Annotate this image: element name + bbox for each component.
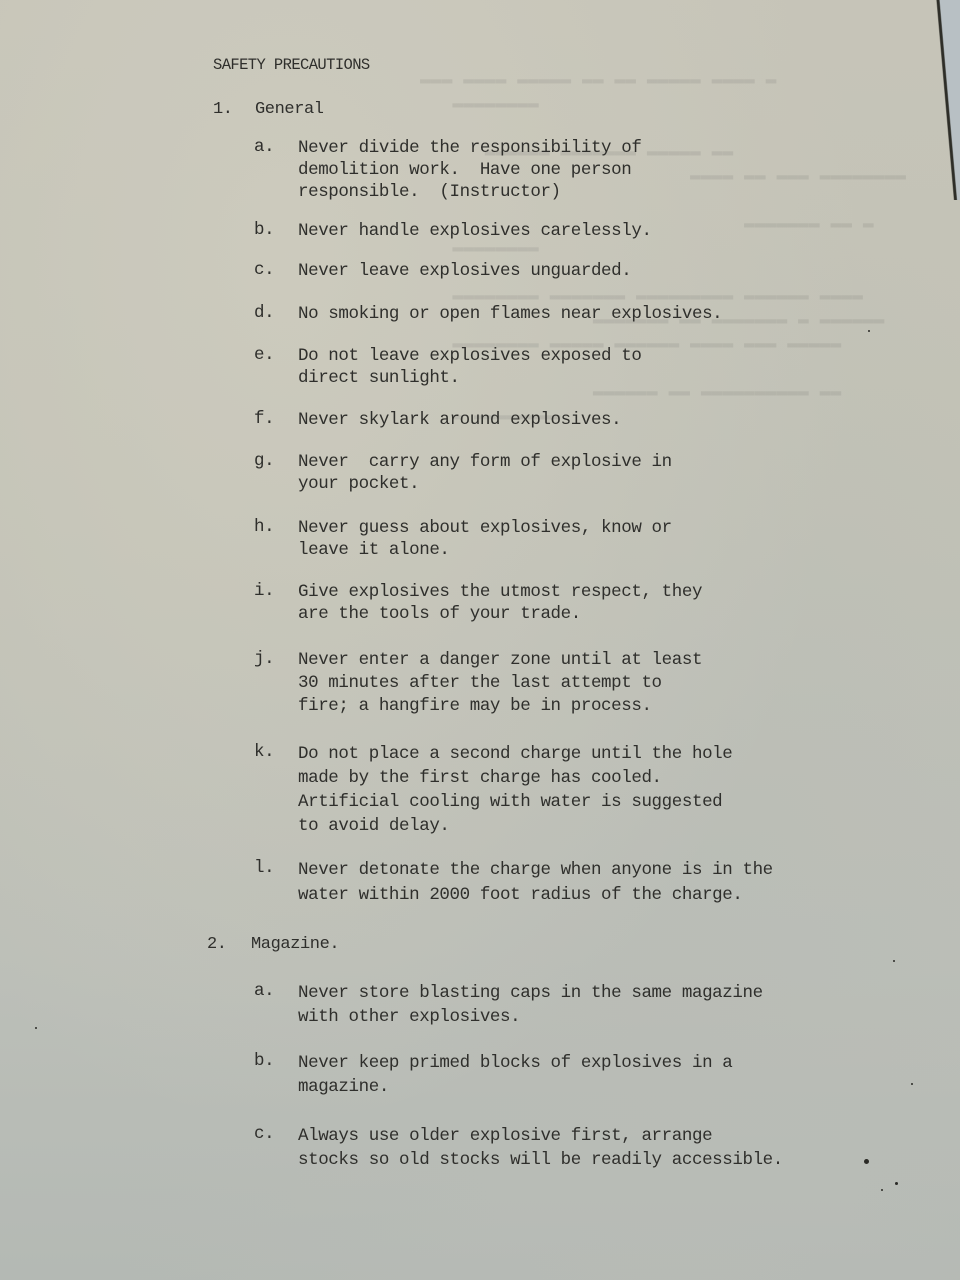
item-text: Never guess about explosives, know or le… bbox=[298, 517, 672, 561]
item-text: Do not leave explosives exposed to direc… bbox=[298, 345, 641, 389]
section-title-general: General bbox=[255, 100, 324, 119]
item-text: Never handle explosives carelessly. bbox=[298, 220, 652, 242]
item-letter: a. bbox=[254, 981, 274, 1001]
paper-speck bbox=[868, 330, 870, 332]
section-number: 1. bbox=[213, 100, 233, 119]
section-number: 2. bbox=[207, 935, 227, 954]
item-text: Never keep primed blocks of explosives i… bbox=[298, 1051, 732, 1099]
item-letter: g. bbox=[254, 451, 274, 471]
paper-speck bbox=[35, 1027, 37, 1029]
document-title: SAFETY PRECAUTIONS bbox=[213, 56, 370, 74]
item-letter: h. bbox=[254, 517, 274, 537]
item-text: Never leave explosives unguarded. bbox=[298, 260, 631, 282]
item-letter: b. bbox=[254, 1051, 274, 1071]
item-letter: e. bbox=[254, 345, 274, 365]
paper-speck bbox=[893, 960, 895, 962]
item-letter: c. bbox=[254, 260, 274, 280]
section-title-magazine: Magazine. bbox=[251, 935, 339, 954]
paper-speck bbox=[864, 1159, 869, 1164]
item-text: Always use older explosive first, arrang… bbox=[298, 1124, 783, 1172]
paper-speck bbox=[895, 1182, 898, 1185]
item-text: Do not place a second charge until the h… bbox=[298, 742, 732, 838]
item-text: Give explosives the utmost respect, they… bbox=[298, 581, 702, 625]
item-text: Never enter a danger zone until at least… bbox=[298, 649, 702, 718]
item-text: Never divide the responsibility of demol… bbox=[298, 137, 641, 203]
item-text: Never skylark around explosives. bbox=[298, 409, 621, 431]
item-text: No smoking or open flames near explosive… bbox=[298, 303, 722, 325]
item-letter: c. bbox=[254, 1124, 274, 1144]
item-letter: l. bbox=[254, 858, 274, 878]
item-letter: d. bbox=[254, 303, 274, 323]
paper-speck bbox=[911, 1083, 913, 1085]
item-letter: i. bbox=[254, 581, 274, 601]
item-letter: a. bbox=[254, 137, 274, 157]
item-letter: j. bbox=[254, 649, 274, 669]
paper-speck bbox=[881, 1189, 883, 1191]
item-text: Never detonate the charge when anyone is… bbox=[298, 858, 773, 908]
item-letter: k. bbox=[254, 742, 274, 762]
item-letter: f. bbox=[254, 409, 274, 429]
item-text: Never store blasting caps in the same ma… bbox=[298, 981, 763, 1029]
item-letter: b. bbox=[254, 220, 274, 240]
document-page: SAFETY PRECAUTIONS 1. General a. Never d… bbox=[0, 0, 960, 1280]
item-text: Never carry any form of explosive in you… bbox=[298, 451, 672, 495]
